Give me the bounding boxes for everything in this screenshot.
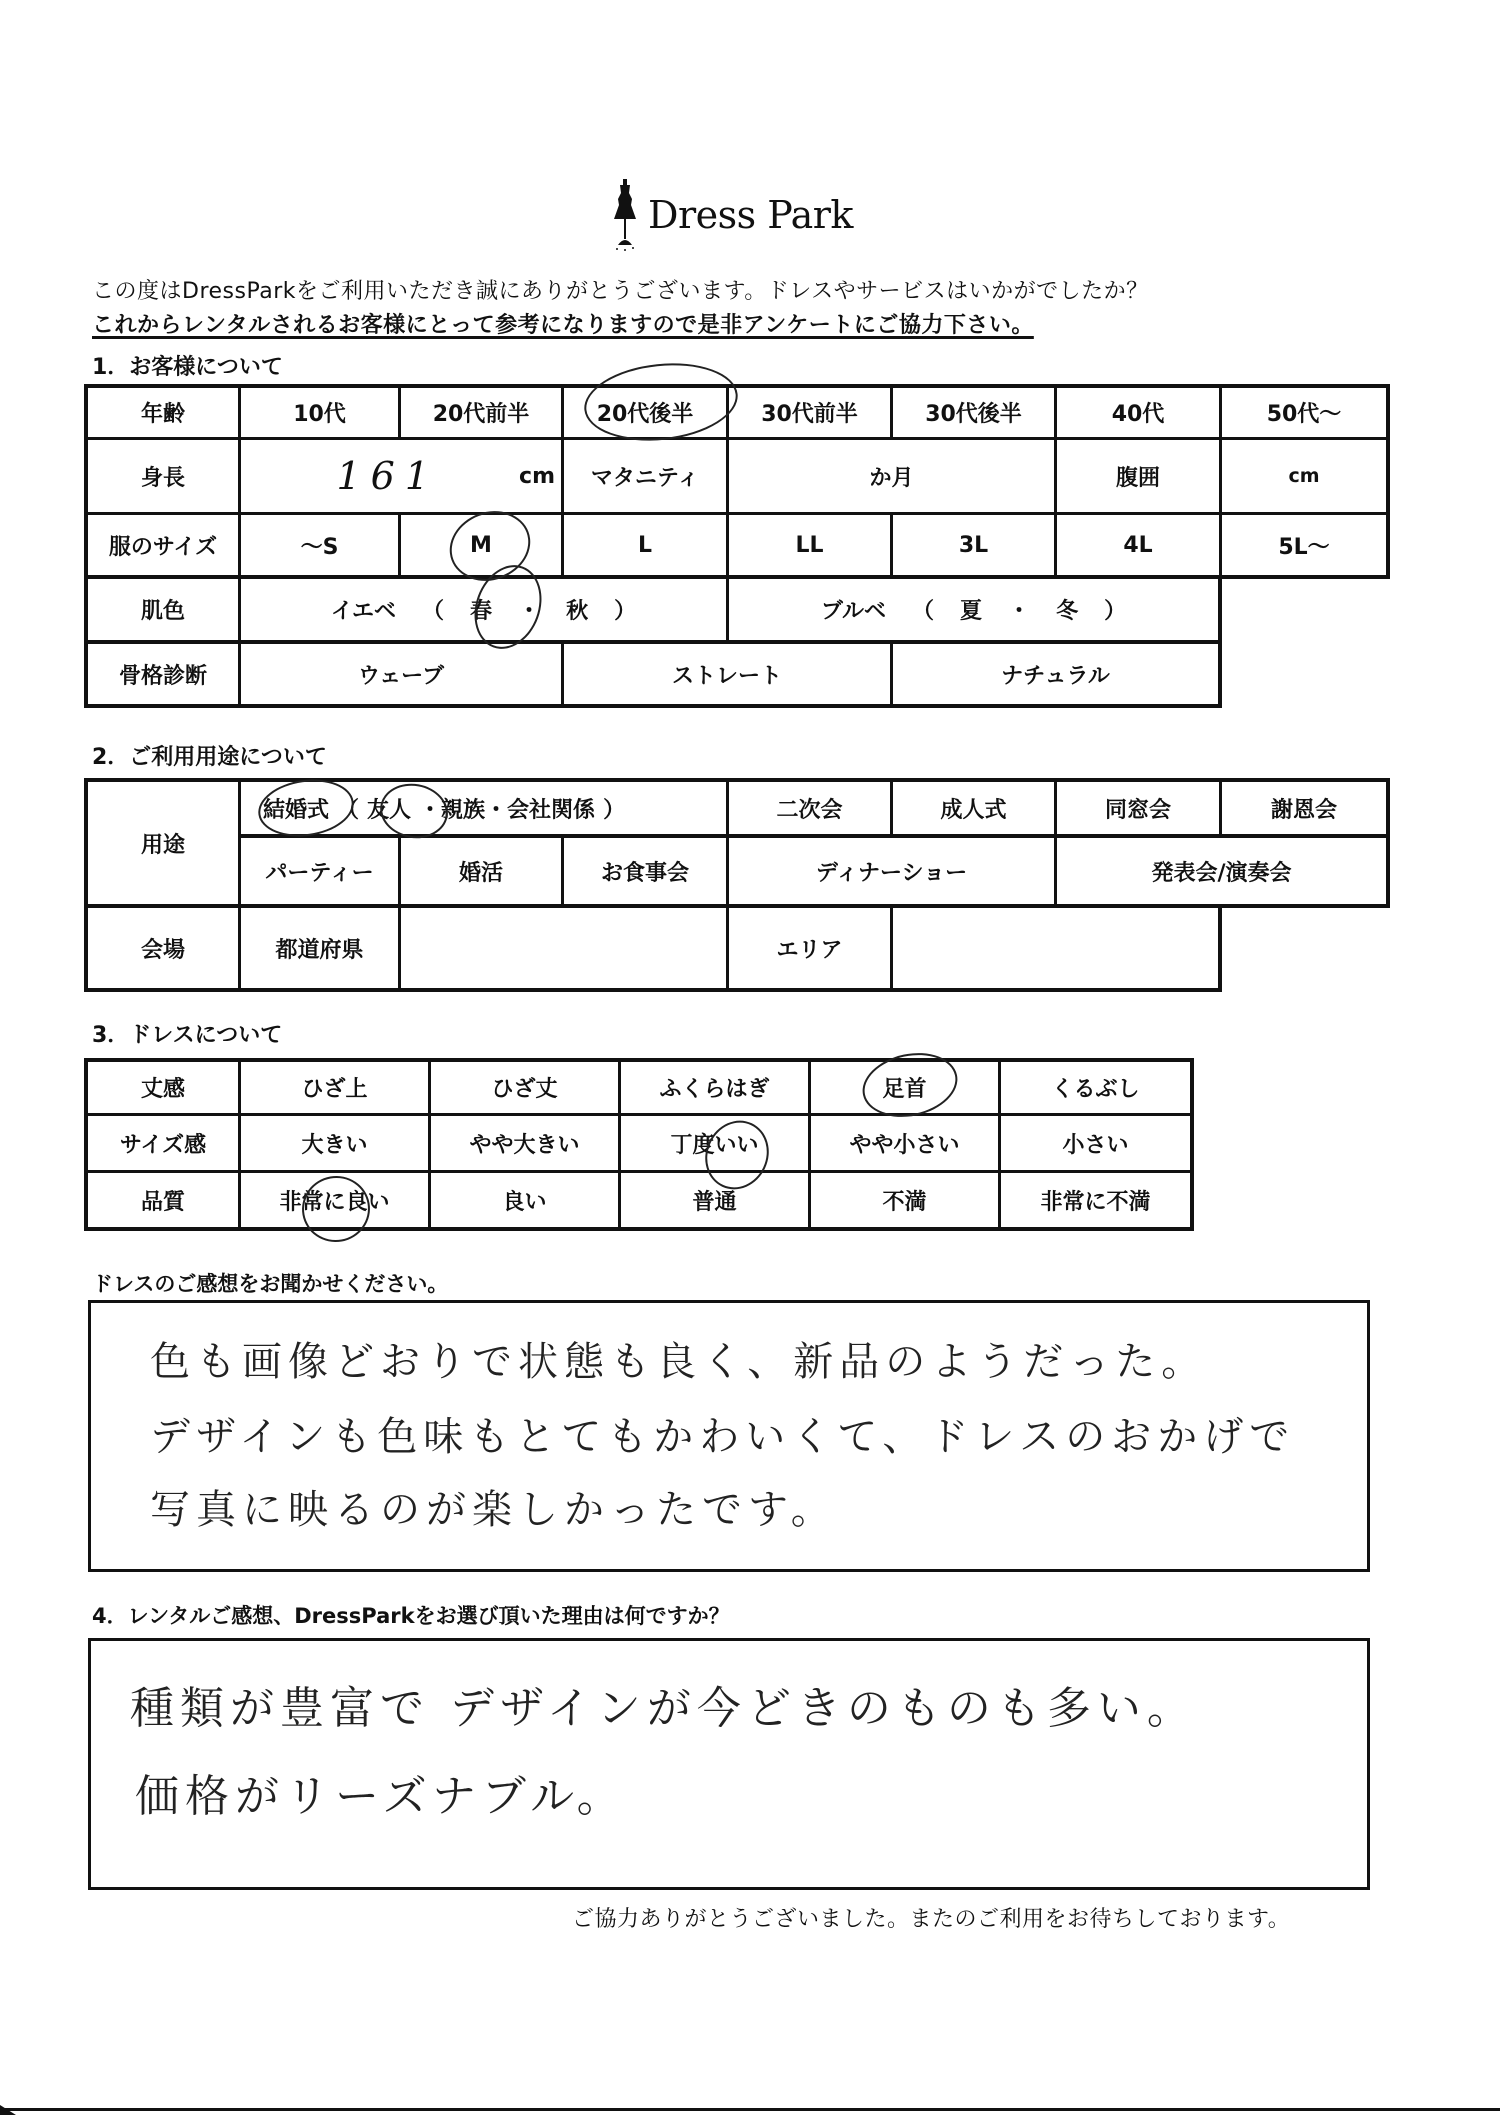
purpose-option-recital[interactable]: 発表会/演奏会	[1057, 838, 1390, 908]
height-field[interactable]: 161 cm	[241, 440, 564, 515]
skin-option-winter[interactable]: 冬	[1056, 594, 1078, 625]
age-option-early-30s[interactable]: 30代前半	[729, 384, 893, 440]
purpose-option-coming-of-age[interactable]: 成人式	[893, 778, 1057, 838]
height-label: 身長	[84, 440, 241, 515]
quality-label: 品質	[84, 1173, 241, 1231]
purpose-option-party[interactable]: パーティー	[241, 838, 401, 908]
maternity-unit: か月	[869, 461, 913, 492]
age-option-late-30s[interactable]: 30代後半	[893, 384, 1057, 440]
prefecture-field[interactable]	[401, 908, 729, 992]
length-label: 丈感	[84, 1058, 241, 1116]
length-option[interactable]: ひざ上	[241, 1058, 431, 1116]
purpose-option-afterparty[interactable]: 二次会	[729, 778, 893, 838]
intro-text: この度はDressParkをご利用いただき誠にありがとうございます。ドレスやサー…	[92, 274, 1149, 305]
purpose-option-dinner[interactable]: お食事会	[564, 838, 729, 908]
purpose-wedding[interactable]: 結婚式 （ 友人 ・親族・会社関係 ）	[241, 778, 729, 838]
length-option[interactable]: くるぶし	[1001, 1058, 1194, 1116]
separator-dot: ・	[518, 594, 540, 625]
intro-request-text: これからレンタルされるお客様にとって参考になりますので是非アンケートにご協力下さ…	[92, 308, 1034, 339]
size-label: 服のサイズ	[84, 515, 241, 579]
paren-open: （	[422, 594, 444, 625]
fit-option[interactable]: 大きい	[241, 1116, 431, 1173]
maternity-months-field[interactable]: か月	[729, 440, 1057, 515]
paren-close: ）	[614, 594, 636, 625]
brand-name: Dress Park	[648, 193, 853, 237]
impression-prompt: ドレスのご感想をお聞かせください。	[92, 1268, 448, 1298]
length-option[interactable]: ひざ丈	[431, 1058, 621, 1116]
fit-option[interactable]: やや小さい	[811, 1116, 1001, 1173]
closing-message: ご協力ありがとうございました。またのご利用をお待ちしております。	[572, 1902, 1290, 1933]
age-option-early-20s[interactable]: 20代前半	[401, 384, 564, 440]
height-value: 161	[337, 454, 440, 498]
length-option[interactable]: ふくらはぎ	[621, 1058, 811, 1116]
section-2-title: 2．ご利用用途について	[92, 740, 327, 771]
maternity-label: マタニティ	[564, 440, 729, 515]
customer-info-table: 年齢 10代 20代前半 20代後半 30代前半 30代後半 40代 50代～ …	[84, 384, 1390, 710]
impression-line: 写真に映るのが楽しかったです。	[150, 1478, 837, 1535]
frame-option-straight[interactable]: ストレート	[564, 644, 893, 708]
purpose-option-reunion[interactable]: 同窓会	[1057, 778, 1222, 838]
length-option-ankle[interactable]: 足首	[811, 1058, 1001, 1116]
frame-option-wave[interactable]: ウェーブ	[241, 644, 564, 708]
age-label: 年齢	[84, 384, 241, 440]
purpose-option-family-company[interactable]: ・親族・会社関係	[419, 793, 595, 824]
size-option-s[interactable]: ～S	[241, 515, 401, 579]
quality-option-very-good[interactable]: 非常に良い	[241, 1173, 431, 1231]
purpose-option-dinner-show[interactable]: ディナーショー	[729, 838, 1057, 908]
blue-base-label: ブルベ	[821, 594, 886, 625]
skin-yellow-base[interactable]: イエベ （ 春 ・ 秋 ）	[241, 579, 729, 644]
quality-option[interactable]: 非常に不満	[1001, 1173, 1194, 1231]
section-4-title: 4．レンタルご感想、DressParkをお選び頂いた理由は何ですか？	[92, 1600, 730, 1630]
waist-field[interactable]: cm	[1222, 440, 1390, 515]
skin-option-summer[interactable]: 夏	[960, 594, 982, 625]
impression-line: デザインも色味もとてもかわいくて、ドレスのおかげで	[150, 1405, 1295, 1462]
quality-option[interactable]: 普通	[621, 1173, 811, 1231]
yellow-base-label: イエベ	[331, 594, 396, 625]
fit-option[interactable]: やや大きい	[431, 1116, 621, 1173]
height-unit: cm	[519, 464, 555, 489]
scan-edge-mark	[0, 2105, 16, 2115]
skin-tone-label: 肌色	[84, 579, 241, 644]
size-option-ll[interactable]: LL	[729, 515, 893, 579]
age-option-40s[interactable]: 40代	[1057, 384, 1222, 440]
paren-close: ）	[603, 793, 625, 824]
size-option-l[interactable]: L	[564, 515, 729, 579]
page-bottom-rule	[0, 2108, 1500, 2111]
purpose-option-marriage-hunting[interactable]: 婚活	[401, 838, 564, 908]
purpose-option-wedding[interactable]: 結婚式	[263, 793, 329, 824]
section-3-title: 3．ドレスについて	[92, 1018, 282, 1049]
dress-mannequin-icon	[612, 179, 638, 251]
frame-option-natural[interactable]: ナチュラル	[893, 644, 1222, 708]
dress-table: 丈感 ひざ上 ひざ丈 ふくらはぎ 足首 くるぶし サイズ感 大きい やや大きい …	[84, 1058, 1194, 1238]
skin-option-spring[interactable]: 春	[470, 594, 492, 625]
brand-logo: Dress Park	[612, 170, 892, 260]
separator-dot: ・	[1008, 594, 1030, 625]
size-option-5l-plus[interactable]: 5L～	[1222, 515, 1390, 579]
purpose-option-thanks-party[interactable]: 謝恩会	[1222, 778, 1390, 838]
fit-label: サイズ感	[84, 1116, 241, 1173]
reason-line: 種類が豊富で デザインが今どきのものも多い。	[130, 1672, 1197, 1736]
age-option-50s-plus[interactable]: 50代～	[1222, 384, 1390, 440]
waist-label: 腹囲	[1057, 440, 1222, 515]
section-1-title: 1．お客様について	[92, 350, 283, 381]
quality-option[interactable]: 不満	[811, 1173, 1001, 1231]
paren-open: （	[337, 793, 359, 824]
size-option-3l[interactable]: 3L	[893, 515, 1057, 579]
fit-option[interactable]: 小さい	[1001, 1116, 1194, 1173]
usage-table: 用途 結婚式 （ 友人 ・親族・会社関係 ） 二次会 成人式 同窓会 謝恩会 パ…	[84, 778, 1390, 992]
size-option-m[interactable]: M	[401, 515, 564, 579]
prefecture-label: 都道府県	[241, 908, 401, 992]
fit-option-just-right[interactable]: 丁度いい	[621, 1116, 811, 1173]
area-field[interactable]	[893, 908, 1222, 992]
area-label: エリア	[729, 908, 893, 992]
age-option-late-20s[interactable]: 20代後半	[564, 384, 729, 440]
purpose-option-friend[interactable]: 友人	[367, 793, 411, 824]
skin-blue-base[interactable]: ブルベ （ 夏 ・ 冬 ）	[729, 579, 1222, 644]
waist-unit: cm	[1288, 465, 1319, 487]
quality-option[interactable]: 良い	[431, 1173, 621, 1231]
skin-option-autumn[interactable]: 秋	[566, 594, 588, 625]
impression-line: 色も画像どおりで状態も良く、新品のようだった。	[150, 1330, 1207, 1387]
paren-close: ）	[1104, 594, 1126, 625]
paren-open: （	[912, 594, 934, 625]
age-option-10s[interactable]: 10代	[241, 384, 401, 440]
reason-line: 価格がリーズナブル。	[135, 1760, 627, 1824]
venue-label: 会場	[84, 908, 241, 992]
size-option-4l[interactable]: 4L	[1057, 515, 1222, 579]
frame-diagnosis-label: 骨格診断	[84, 644, 241, 708]
purpose-label: 用途	[84, 778, 241, 908]
